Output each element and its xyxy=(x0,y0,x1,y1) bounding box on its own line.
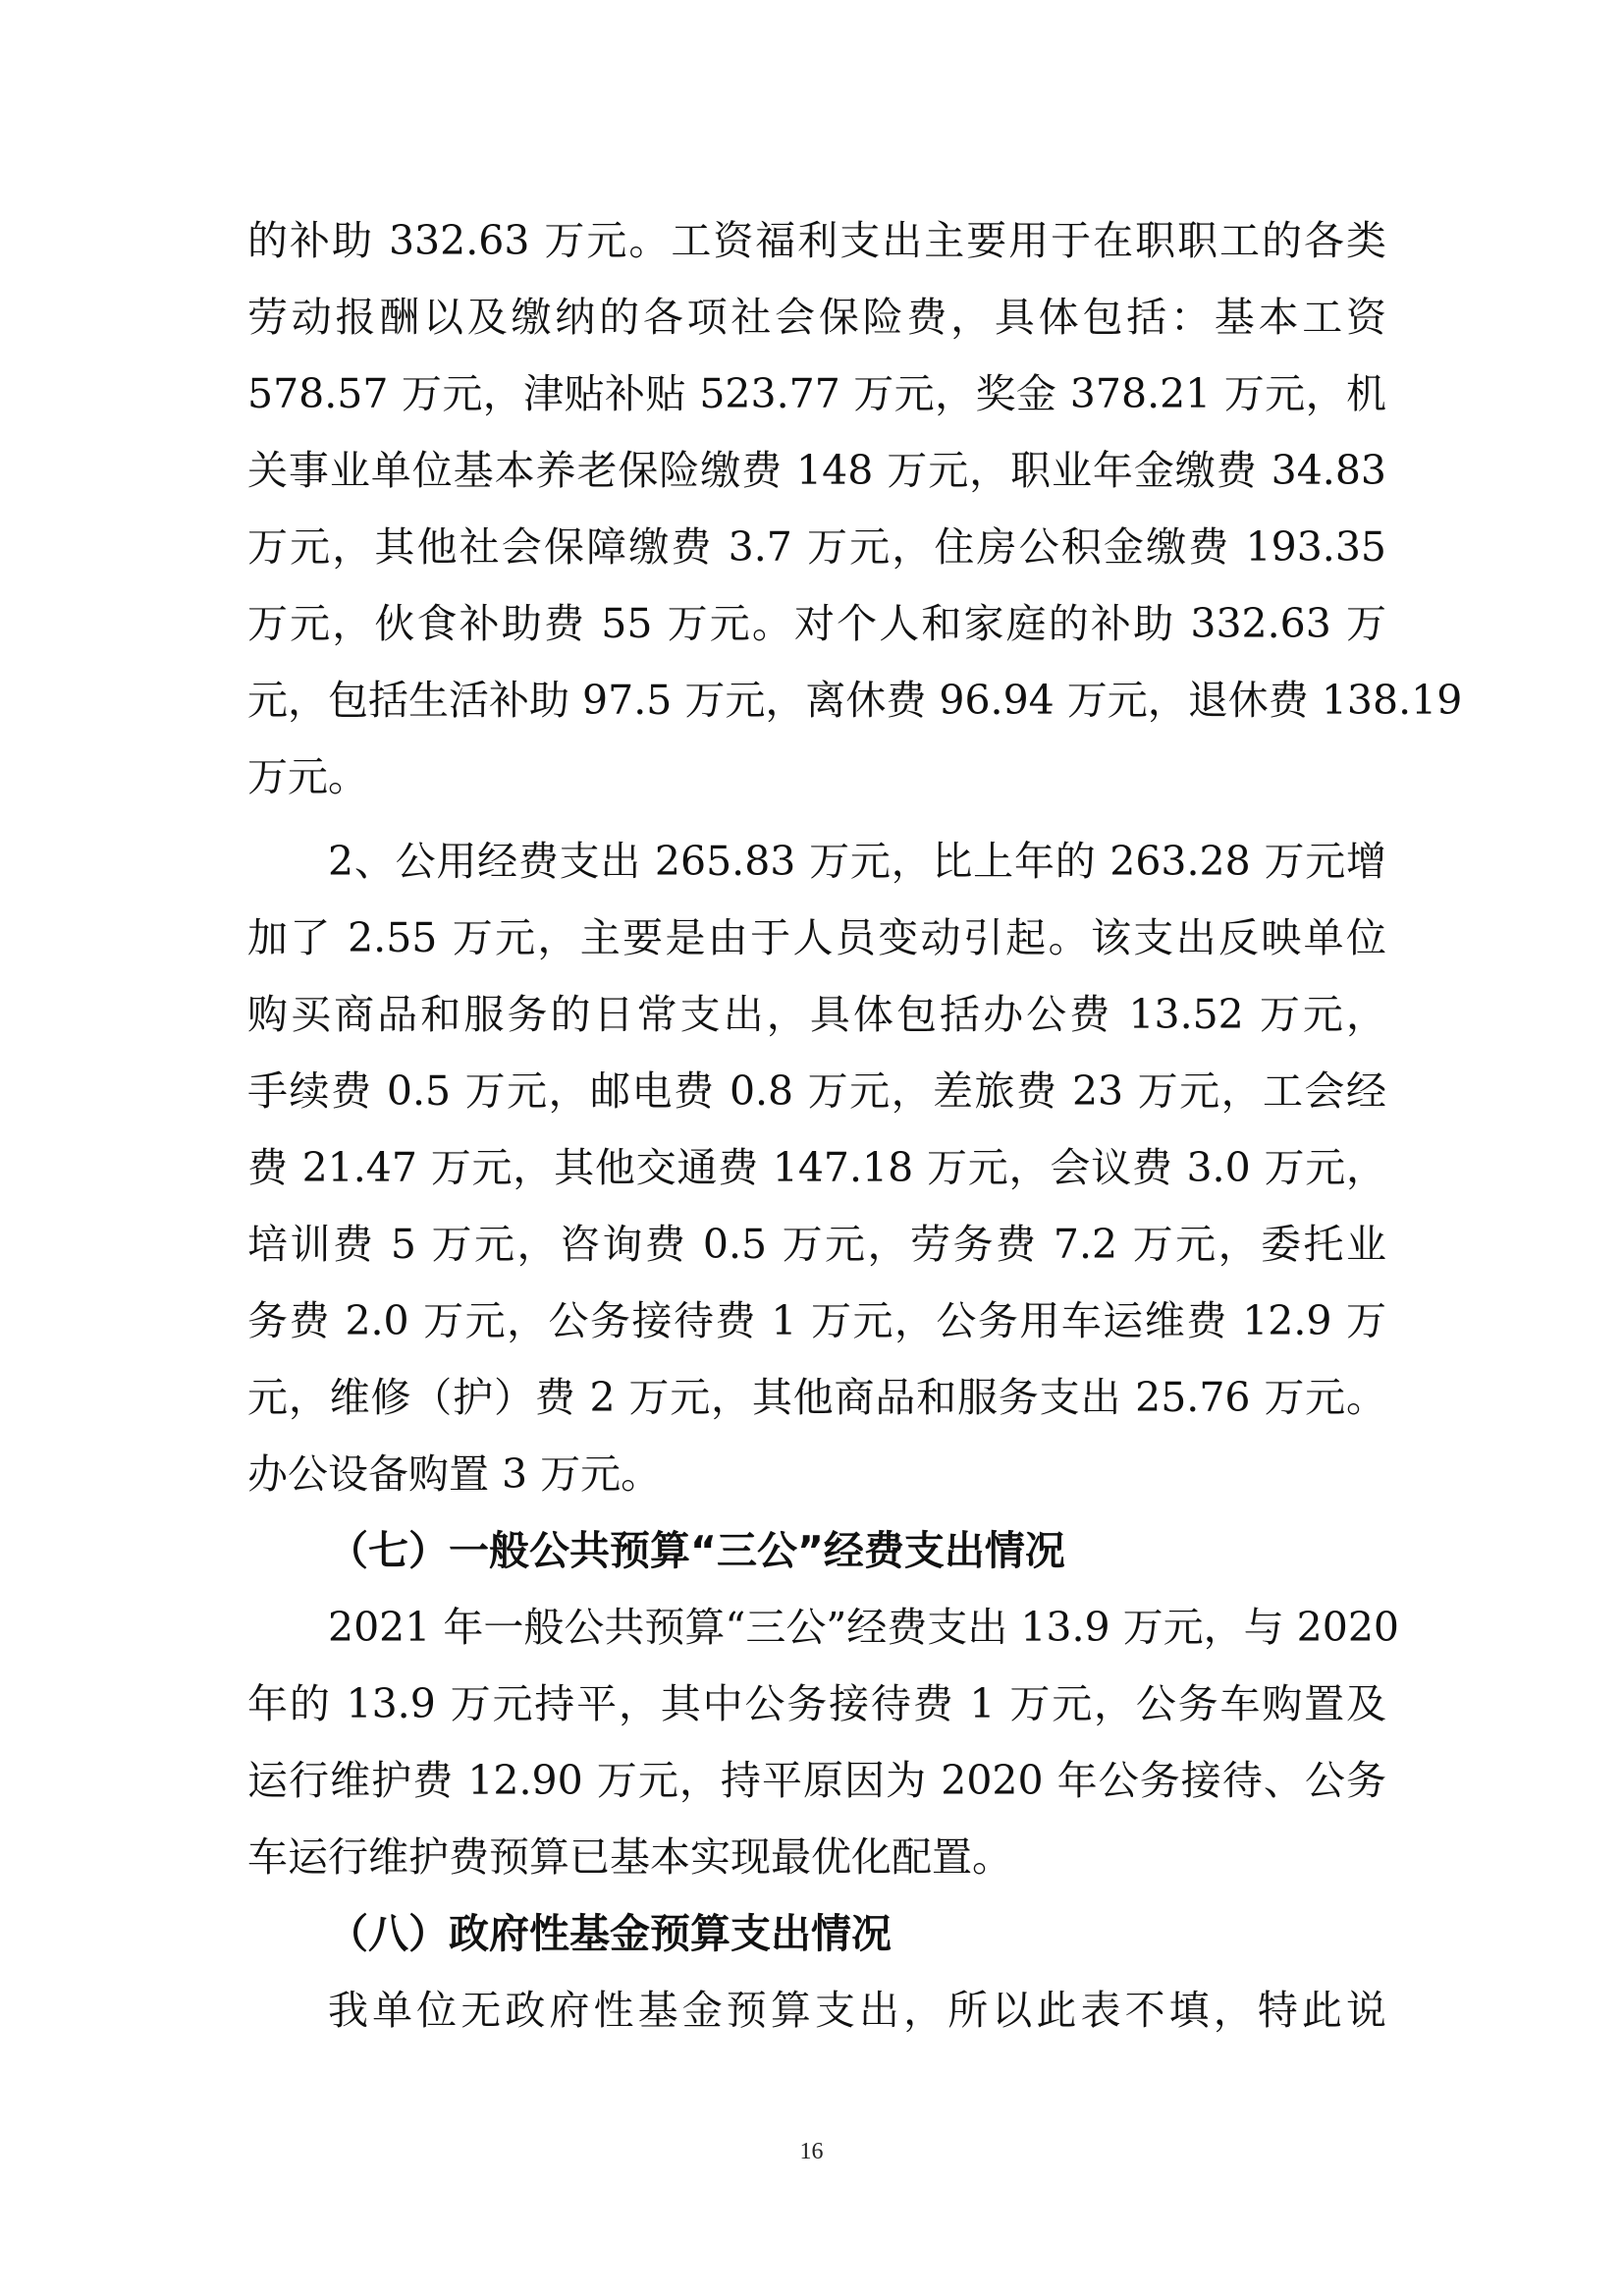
text-line: 万元。 xyxy=(247,747,1386,806)
text-line: 车运行维护费预算已基本实现最优化配置。 xyxy=(247,1828,1386,1886)
text-line: 劳动报酬以及缴纳的各项社会保险费，具体包括：基本工资 xyxy=(247,288,1386,347)
text-line: 手续费 0.5 万元，邮电费 0.8 万元，差旅费 23 万元，工会经 xyxy=(247,1062,1386,1121)
text-line: 运行维护费 12.90 万元，持平原因为 2020 年公务接待、公务 xyxy=(247,1751,1386,1810)
text-line: 购买商品和服务的日常支出，具体包括办公费 13.52 万元， xyxy=(247,985,1386,1044)
text-line: 关事业单位基本养老保险缴费 148 万元，职业年金缴费 34.83 xyxy=(247,441,1386,500)
text-line: 2021 年一般公共预算“三公”经费支出 13.9 万元，与 2020 xyxy=(328,1598,1386,1657)
text-line: 务费 2.0 万元，公务接待费 1 万元，公务用车运维费 12.9 万 xyxy=(247,1291,1386,1350)
document-page: 的补助 332.63 万元。工资福利支出主要用于在职职工的各类 劳动报酬以及缴纳… xyxy=(0,0,1623,2296)
section-heading-three-public-expenses: （七）一般公共预算“三公”经费支出情况 xyxy=(328,1521,1065,1580)
text-line: 元，包括生活补助 97.5 万元，离休费 96.94 万元，退休费 138.19 xyxy=(247,671,1386,730)
text-line: 万元，伙食补助费 55 万元。对个人和家庭的补助 332.63 万 xyxy=(247,594,1386,653)
text-line: 的补助 332.63 万元。工资福利支出主要用于在职职工的各类 xyxy=(247,211,1386,270)
text-line: 培训费 5 万元，咨询费 0.5 万元，劳务费 7.2 万元，委托业 xyxy=(247,1215,1386,1274)
text-line: 578.57 万元，津贴补贴 523.77 万元，奖金 378.21 万元，机 xyxy=(247,364,1386,423)
text-line: 加了 2.55 万元，主要是由于人员变动引起。该支出反映单位 xyxy=(247,908,1386,967)
text-line: 2、公用经费支出 265.83 万元，比上年的 263.28 万元增 xyxy=(328,832,1386,891)
text-line: 元，维修（护）费 2 万元，其他商品和服务支出 25.76 万元。 xyxy=(247,1368,1386,1427)
text-line: 我单位无政府性基金预算支出，所以此表不填，特此说 xyxy=(328,1981,1386,2040)
text-line: 年的 13.9 万元持平，其中公务接待费 1 万元，公务车购置及 xyxy=(247,1674,1386,1733)
section-heading-government-fund: （八）政府性基金预算支出情况 xyxy=(328,1904,892,1963)
text-line: 万元，其他社会保障缴费 3.7 万元，住房公积金缴费 193.35 xyxy=(247,518,1386,576)
page-number: 16 xyxy=(0,2139,1623,2165)
text-line: 费 21.47 万元，其他交通费 147.18 万元，会议费 3.0 万元， xyxy=(247,1138,1386,1197)
text-line: 办公设备购置 3 万元。 xyxy=(247,1445,1386,1503)
